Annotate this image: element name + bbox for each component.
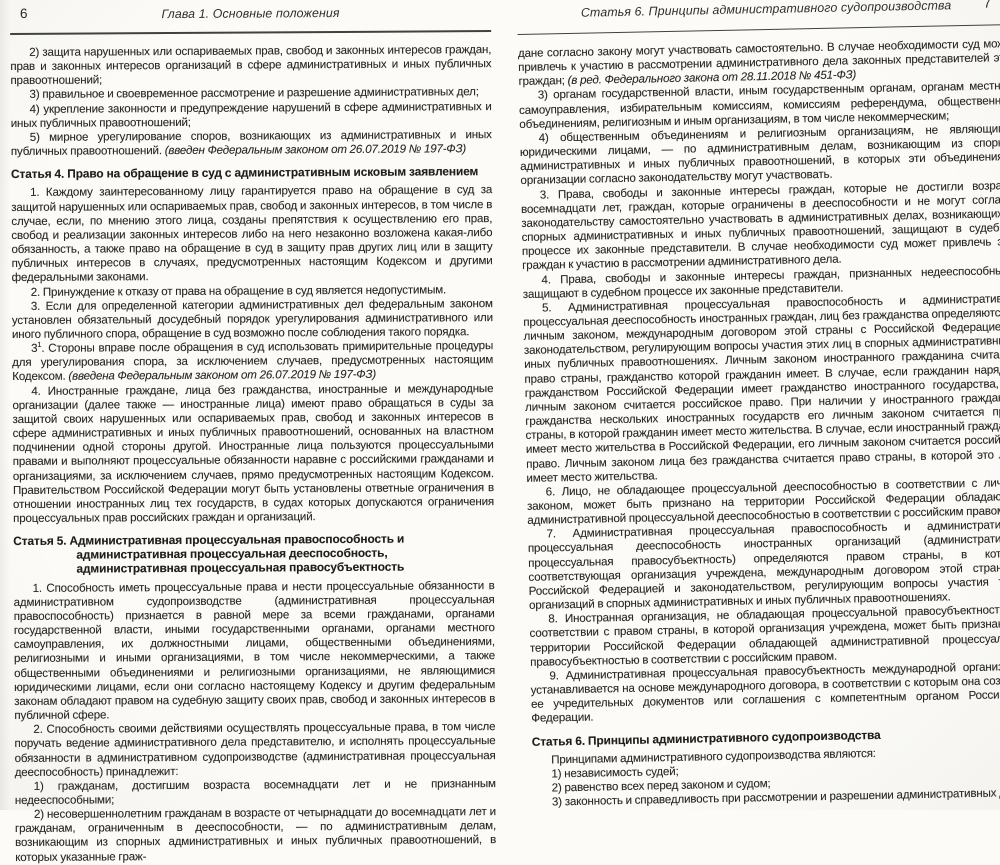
paragraph: 5) мирное урегулирование споров, возника…	[11, 128, 492, 159]
left-page-header: 6 Глава 1. Основные положения	[10, 5, 491, 30]
paragraph: 4) общественным объединениям и религиозн…	[520, 122, 1000, 189]
left-page: 6 Глава 1. Основные положения 2) защита …	[10, 5, 496, 810]
text-segment: 3) правильное и своевременное рассмотрен…	[29, 86, 478, 102]
paragraph: 1) гражданам, достигшим возраста восемна…	[15, 777, 496, 808]
text-segment: 2) защита нарушенных или оспариваемых пр…	[10, 43, 491, 87]
text-segment: Статья 6. Принципы административного суд…	[532, 727, 881, 748]
left-running-head: Глава 1. Основные положения	[10, 5, 491, 22]
paragraph: 9. Административная процессуальная право…	[530, 660, 1000, 727]
right-page-number: 7	[983, 0, 991, 11]
text-segment: 1. Каждому заинтересованному лицу гарант…	[11, 183, 492, 284]
text-segment: Статья 4. Право на обращение в суд с адм…	[11, 164, 478, 181]
text-segment: 1) независимость судей;	[551, 765, 678, 781]
paragraph: 3. Если для определенной категории админ…	[12, 297, 493, 342]
paragraph: 1. Способность иметь процессуальные прав…	[14, 579, 496, 723]
text-segment: (введен Федеральным законом от 26.07.201…	[165, 142, 466, 157]
paragraph: 5. Административная процессуальная право…	[523, 292, 1000, 486]
text-segment: 4) укрепление законности и предупреждени…	[11, 100, 492, 130]
right-page: Статья 6. Принципы административного суд…	[517, 0, 1000, 810]
left-page-text: 2) защита нарушенных или оспариваемых пр…	[10, 43, 496, 810]
paragraph: 7. Административная процессуальная право…	[527, 518, 1000, 613]
right-page-text: дане согласно закону могут участвовать с…	[518, 37, 1000, 810]
text-segment: 1) гражданам, достигшим возраста восемна…	[15, 777, 496, 807]
paragraph: 2. Способность своими действиями осущест…	[14, 720, 495, 780]
paragraph: 4. Иностранные граждане, лица без гражда…	[12, 382, 494, 526]
text-segment: 1. Способность иметь процессуальные прав…	[14, 579, 496, 722]
text-segment: (введена Федеральным законом от 26.07.20…	[68, 368, 376, 383]
text-segment: Статья 5. Административная процессуальна…	[13, 532, 404, 576]
text-segment: 3. Права, свободы и законные интересы гр…	[521, 179, 1000, 273]
text-segment: 5. Административная процессуальная право…	[523, 292, 1000, 485]
text-segment: 7. Административная процессуальная право…	[528, 518, 1000, 612]
text-segment: 4) общественным объединениям и религиозн…	[520, 122, 1000, 187]
paragraph: 4) укрепление законности и предупреждени…	[11, 100, 492, 131]
paragraph: 2) защита нарушенных или оспариваемых пр…	[10, 43, 491, 88]
text-segment: 4. Иностранные граждане, лица без гражда…	[12, 382, 494, 525]
text-segment: 3. Если для определенной категории админ…	[12, 297, 493, 341]
text-segment: 2. Принуждение к отказу от права на обра…	[31, 283, 446, 299]
paragraph: 8. Иностранная организация, не обладающа…	[529, 603, 1000, 670]
article-heading: Статья 5. Административная процессуальна…	[13, 531, 494, 576]
right-running-head: Статья 6. Принципы административного суд…	[517, 0, 1000, 21]
paragraph: 3. Права, свободы и законные интересы гр…	[521, 179, 1000, 274]
left-header-rule	[10, 30, 491, 35]
paragraph: 1. Каждому заинтересованному лицу гарант…	[11, 183, 493, 285]
paragraph: 31. Стороны вправе после обращения в суд…	[12, 339, 493, 384]
text-segment: 9. Административная процессуальная право…	[531, 660, 1000, 725]
article-heading: Статья 4. Право на обращение в суд с адм…	[11, 164, 492, 181]
text-segment: 8. Иностранная организация, не обладающа…	[529, 603, 1000, 668]
text-segment: 2. Способность своими действиями осущест…	[14, 720, 495, 778]
